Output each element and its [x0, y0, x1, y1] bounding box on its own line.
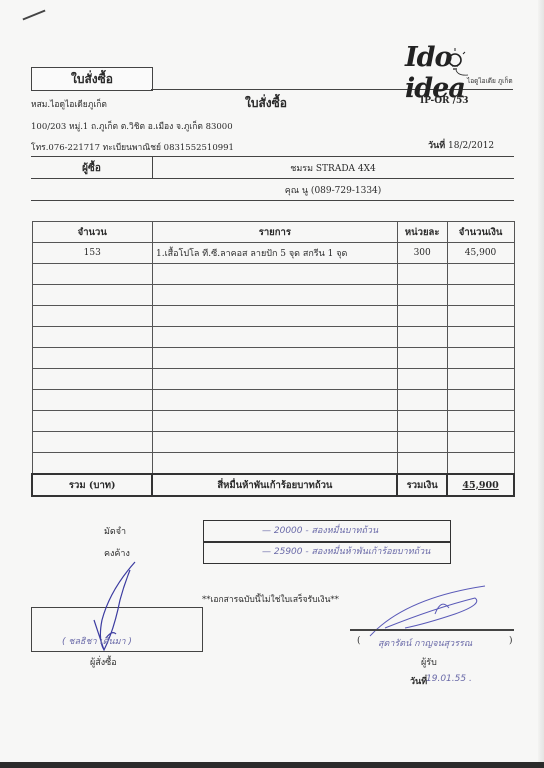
payment-box-divider [204, 541, 450, 543]
table-header-row: จำนวน รายการ หน่วยละ จำนวนเงิน [32, 222, 514, 243]
total-label: รวม (บาท) [32, 474, 152, 496]
pen-mark [22, 10, 45, 21]
close-paren: ) [509, 636, 513, 646]
open-paren: ( [357, 636, 361, 646]
buyer-label: ผู้ซื้อ [31, 158, 152, 178]
company-logo: Ido idea ไอดูไอเดีย ภูเก็ต [405, 42, 515, 90]
empty-cell [397, 432, 447, 453]
empty-cell [447, 453, 514, 475]
empty-cell [152, 285, 397, 306]
header-quantity: จำนวน [32, 222, 152, 243]
total-row: รวม (บาท) สี่หมื่นห้าพันเก้าร้อยบาทถ้วน … [32, 474, 514, 496]
empty-cell [152, 390, 397, 411]
item-description: 1.เสื้อโปโล ที.ซี.ลาคอส ลายปัก 5 จุด สกร… [152, 243, 397, 264]
item-unit-price: 300 [397, 243, 447, 264]
empty-cell [152, 453, 397, 475]
table-row-empty [32, 348, 514, 369]
empty-cell [152, 306, 397, 327]
empty-cell [32, 348, 152, 369]
table-row-empty [32, 453, 514, 475]
document-number: IP-OR /53 [420, 96, 469, 106]
empty-cell [397, 411, 447, 432]
table-row-empty [32, 264, 514, 285]
empty-cell [397, 390, 447, 411]
table-row-empty [32, 285, 514, 306]
document-type-box: ใบสั่งซื้อ [31, 67, 153, 91]
sum-value: 45,900 [447, 474, 514, 496]
header-description: รายการ [152, 222, 397, 243]
document-date: วันที่ 18/2/2012 [428, 138, 494, 152]
table-row-empty [32, 369, 514, 390]
buyer-name: ชมรม STRADA 4X4 [152, 158, 514, 178]
empty-cell [447, 390, 514, 411]
logo-tagline: ไอดูไอเดีย ภูเก็ต [467, 76, 513, 86]
balance-label: คงค้าง [104, 546, 130, 560]
empty-cell [397, 369, 447, 390]
company-name: หสม.ไอดูไอเดียภูเก็ต [31, 97, 107, 111]
empty-cell [32, 285, 152, 306]
date-label: วันที่ [428, 141, 445, 151]
empty-cell [447, 369, 514, 390]
document-type-label: ใบสั่งซื้อ [71, 70, 113, 89]
empty-cell [397, 264, 447, 285]
empty-cell [32, 453, 152, 475]
receiver-name-handwritten: สุดารัตน์ กาญจนสุวรรณ [378, 636, 472, 650]
empty-cell [152, 264, 397, 285]
orderer-label: ผู้สั่งซื้อ [90, 655, 117, 669]
deposit-handwritten: — 20000 - สองหมื่นบาทถ้วน [262, 523, 378, 537]
company-contact: โทร.076-221717 ทะเบียนพาณิชย์ 0831552510… [31, 140, 234, 154]
empty-cell [32, 369, 152, 390]
empty-cell [447, 327, 514, 348]
empty-cell [152, 432, 397, 453]
table-row-empty [32, 390, 514, 411]
empty-cell [32, 306, 152, 327]
item-quantity: 153 [32, 243, 152, 264]
empty-cell [152, 369, 397, 390]
empty-cell [32, 327, 152, 348]
page-title: ใบสั่งซื้อ [245, 94, 287, 113]
empty-cell [32, 432, 152, 453]
empty-cell [447, 264, 514, 285]
empty-cell [447, 348, 514, 369]
date-value: 18/2/2012 [448, 141, 494, 151]
empty-cell [397, 348, 447, 369]
table-row-empty [32, 306, 514, 327]
empty-cell [397, 306, 447, 327]
table-row-empty [32, 411, 514, 432]
orderer-name-handwritten: ( ชลธิชา เดินมา ) [62, 634, 132, 648]
table-row: 1531.เสื้อโปโล ที.ซี.ลาคอส ลายปัก 5 จุด … [32, 243, 514, 264]
table-row-empty [32, 327, 514, 348]
items-table: จำนวน รายการ หน่วยละ จำนวนเงิน 1531.เสื้… [31, 221, 515, 497]
empty-cell [32, 390, 152, 411]
empty-cell [447, 411, 514, 432]
empty-cell [447, 306, 514, 327]
sum-label: รวมเงิน [397, 474, 447, 496]
empty-cell [152, 327, 397, 348]
total-in-words: สี่หมื่นห้าพันเก้าร้อยบาทถ้วน [152, 474, 397, 496]
empty-cell [447, 285, 514, 306]
empty-cell [32, 264, 152, 285]
empty-cell [397, 327, 447, 348]
buyer-bottom-rule [31, 200, 514, 201]
empty-cell [397, 453, 447, 475]
scan-border [0, 762, 544, 768]
receiver-label: ผู้รับ [421, 655, 437, 669]
not-a-receipt-notice: **เอกสารฉบับนี้ไม่ใช่ใบเสร็จรับเงิน** [202, 592, 339, 606]
header-unit-price: หน่วยละ [397, 222, 447, 243]
company-address: 100/203 หมู่.1 ถ.ภูเก็ต ต.วิชิต อ.เมือง … [31, 119, 233, 133]
receiver-signature-line [350, 629, 514, 631]
table-row-empty [32, 432, 514, 453]
page-edge [538, 0, 544, 768]
receiver-date-label: วันที่ [410, 674, 427, 688]
buyer-contact: คุณ นู (089-729-1334) [152, 180, 514, 200]
balance-handwritten: — 25900 - สองหมื่นห้าพันเก้าร้อยบาทถ้วน [262, 544, 430, 558]
lightbulb-icon [444, 48, 466, 76]
empty-cell [32, 411, 152, 432]
empty-cell [152, 348, 397, 369]
empty-cell [152, 411, 397, 432]
receiver-date-handwritten: 19.01.55 . [426, 674, 472, 684]
empty-cell [397, 285, 447, 306]
header-amount: จำนวนเงิน [447, 222, 514, 243]
empty-cell [447, 432, 514, 453]
item-amount: 45,900 [447, 243, 514, 264]
deposit-label: มัดจำ [104, 524, 126, 538]
